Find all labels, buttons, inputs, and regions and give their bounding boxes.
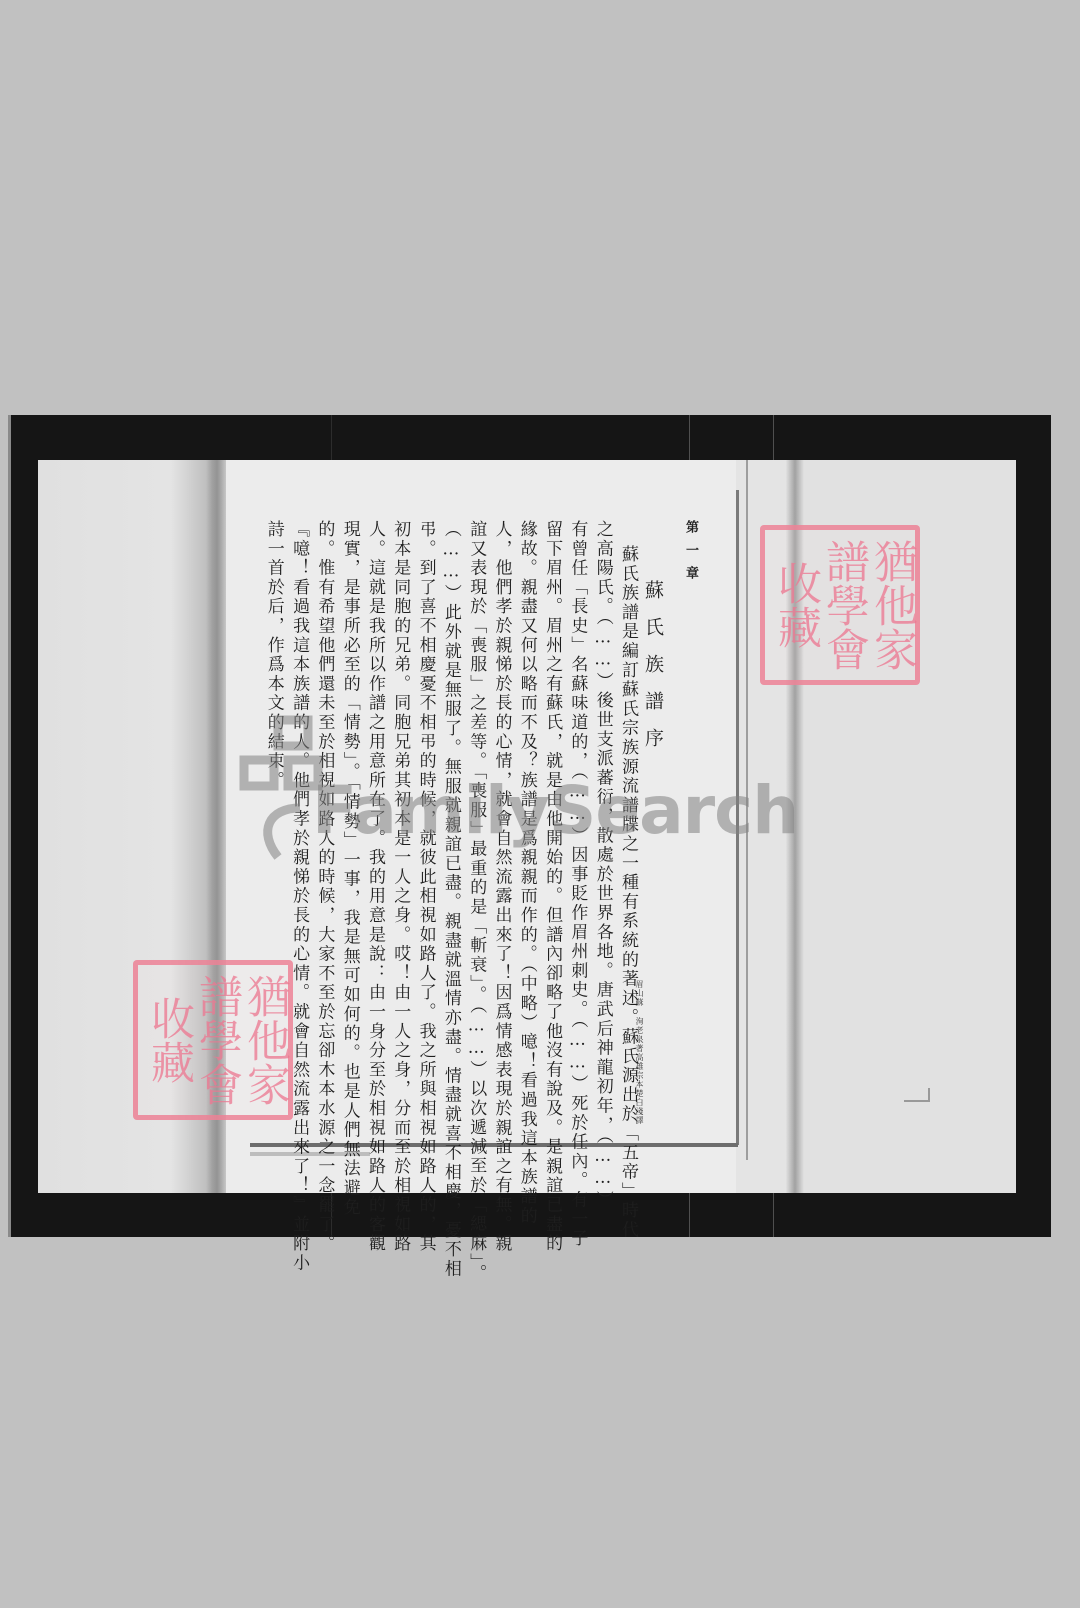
library-seal: 猶他家 譜學會 收藏 bbox=[133, 960, 293, 1120]
text-column: 留下眉州。眉州之有蘇氏，就是由他開始的。但譜內卻略了他沒有說及。是親誼已盡的 bbox=[542, 520, 562, 1253]
text-column: 初本是同胞的兄弟。同胞兄弟其初本是一人之身。哎！由一人之身，分而至於相視如路 bbox=[390, 520, 410, 1253]
seal-text: 收藏 bbox=[771, 561, 819, 649]
seal-text: 收藏 bbox=[144, 996, 192, 1084]
text-column: 誼又表現於「喪服」之差等。「喪服」最重的是「斬衰」。（……）以次遞減至於「緦麻」… bbox=[466, 520, 486, 1283]
page-title: 蘇氏族譜序 bbox=[643, 580, 663, 765]
text-column: 人。這就是我所以作譜之用意所在了。我的用意是說：由一身分至於相視如路人的客觀 bbox=[365, 520, 385, 1253]
chapter-label: 第一章 bbox=[680, 520, 700, 589]
seal-text: 譜學會 bbox=[819, 539, 867, 671]
text-column: 有曾任「長史」名蘇味道的，（……）因事貶作眉州刺史。（……）死於任內。有一子 bbox=[567, 520, 587, 1248]
seal-text: 猶他家 bbox=[240, 974, 288, 1106]
text-column: （……）此外就是無服了。無服就親誼已盡。親盡就溫情亦盡。情盡就喜不相慶，憂不相 bbox=[441, 520, 461, 1279]
image-viewer[interactable]: 第一章 蘇氏族譜序 眉山蘇 洵老泉著高雄宗本楚白淺譯 蘇氏族譜是編訂蘇氏宗族源流… bbox=[0, 0, 1080, 1608]
seal-col: 猶他家 bbox=[867, 536, 915, 674]
text-column: 緣故。親盡又何以略而不及？族譜是爲親親而作的。（中略）噫！看過我這本族譜的 bbox=[517, 520, 537, 1226]
page-border bbox=[736, 490, 739, 1145]
text-column: 弔。到了喜不相慶憂不相弔的時候，就彼此相視如路人了。我之所與相視如路人的，其 bbox=[416, 520, 436, 1253]
seal-col: 譜學會 bbox=[192, 971, 240, 1109]
page-border bbox=[746, 460, 748, 1160]
seal-text: 譜學會 bbox=[192, 974, 240, 1106]
text-column: 現實，是事所必至的「情勢」。「情勢」一事，我是無可如何的。也是人們無法避免 bbox=[340, 520, 360, 1217]
corner-mark bbox=[904, 1088, 930, 1102]
seal-col: 收藏 bbox=[771, 536, 819, 674]
text-column: 『噫！看過我這本族譜的人。他們孝於親悌於長的心情。就會自然流露出來了！』並附小 bbox=[289, 520, 309, 1273]
text-column: 蘇氏族譜是編訂蘇氏宗族源流譜牒之一種有系統的著述。蘇氏源出於「五帝」時代 bbox=[618, 545, 638, 1240]
seal-text: 猶他家 bbox=[867, 539, 915, 671]
seal-col: 收藏 bbox=[144, 971, 192, 1109]
text-column: 人，他們孝於親悌於長的心情，就會自然流露出來了！因爲情感表現於親誼之有無。親 bbox=[492, 520, 512, 1253]
library-seal: 猶他家 譜學會 收藏 bbox=[760, 525, 920, 685]
seal-col: 猶他家 bbox=[240, 971, 288, 1109]
text-column: 的。惟有希望他們還未至於相視如路人的時候，大家不至於忘卻木本水源之一念罷了。 bbox=[314, 520, 334, 1253]
seal-col: 譜學會 bbox=[819, 536, 867, 674]
text-column: 之高陽氏。（……）後世支派蕃衍，散處於世界各地。唐武后神龍初年，（……） bbox=[593, 520, 613, 1210]
text-column: 詩一首於后，作爲本文的結束。 bbox=[264, 520, 284, 790]
